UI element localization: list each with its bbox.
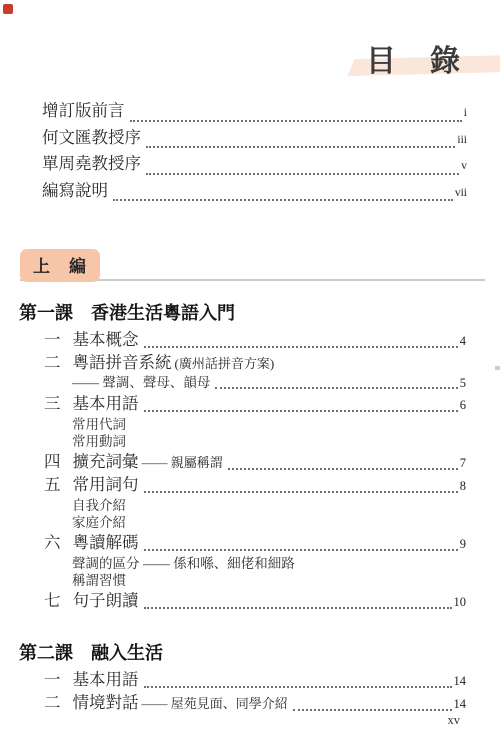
toc-entry-sublabel: —— 親屬稱謂	[142, 452, 223, 473]
book-toc-page: 目 錄 增訂版前言i何文匯教授序iii單周堯教授序v編寫說明vii 上 編 第一…	[0, 0, 500, 735]
dot-leader	[113, 199, 453, 201]
toc-entry-label: 編寫說明	[42, 179, 108, 203]
toc-subentry-label: 自我介紹	[72, 497, 126, 515]
toc-entry-label: 基本用語	[73, 669, 139, 690]
toc-entry-page: 14	[454, 671, 467, 692]
toc-entry: 二粵語拼音系統(廣州話拼音方案)	[0, 352, 500, 374]
toc-entry: 四擴充詞彙—— 親屬稱謂7	[0, 451, 500, 474]
toc-entry-sublabel: (廣州話拼音方案)	[175, 353, 275, 374]
toc-entry-sublabel: —— 屋苑見面、同學介紹	[142, 693, 288, 714]
toc-subentry-label: 常用代詞	[72, 416, 126, 434]
dot-leader	[144, 607, 452, 609]
toc-subentry-label: 家庭介紹	[72, 514, 126, 532]
toc-entry: 單周堯教授序v	[42, 152, 467, 179]
toc-entry-page: 5	[460, 375, 466, 393]
toc-entry-label: 擴充詞彙	[73, 451, 139, 472]
toc-entry-label: 單周堯教授序	[42, 152, 141, 176]
toc-entry: 七句子朗讀10	[0, 590, 500, 613]
toc-entry-label: 情境對話	[73, 692, 139, 713]
toc-entry: 五常用詞句8	[0, 474, 500, 497]
part-badge: 上 編	[20, 249, 100, 282]
dot-leader	[144, 410, 458, 412]
toc-entry-number: 五	[44, 474, 61, 495]
toc-subentry: 家庭介紹	[0, 514, 500, 532]
dot-leader	[146, 146, 455, 148]
lesson-title: 第一課 香港生活粵語入門	[0, 301, 500, 325]
toc-entry-label: 基本用語	[73, 393, 139, 414]
toc-entry-number: 六	[44, 532, 61, 553]
toc-entry-page: 10	[454, 592, 467, 613]
toc-subentry: 自我介紹	[0, 497, 500, 515]
toc-entry-number: 三	[44, 393, 61, 414]
dot-leader	[144, 491, 458, 493]
toc-entry-page: 4	[460, 331, 466, 352]
dot-leader	[146, 173, 459, 175]
toc-entry-page: 7	[460, 453, 466, 474]
toc-subentry: —— 聲調、聲母、韻母5	[0, 374, 500, 393]
toc-entry-page: i	[464, 102, 467, 126]
page-title: 目 錄	[366, 36, 462, 80]
toc-entry-label: 基本概念	[73, 329, 139, 350]
scan-artifact-dash	[495, 366, 500, 370]
toc-entry-number: 一	[44, 329, 61, 350]
toc-entry: 增訂版前言i	[42, 99, 467, 126]
toc-entry-number: 四	[44, 451, 61, 472]
dot-leader	[144, 346, 458, 348]
dot-leader	[144, 686, 452, 688]
toc-entry-number: 七	[44, 590, 61, 611]
lesson-title: 第二課 融入生活	[0, 641, 500, 665]
toc-entry-page: iii	[457, 129, 467, 153]
toc-entry-page: vii	[455, 182, 467, 206]
dot-leader	[144, 549, 458, 551]
toc-entry-label: 粵語拼音系統	[73, 352, 172, 373]
toc-subentry-label: —— 聲調、聲母、韻母	[72, 374, 210, 392]
toc-entry-page: 6	[460, 395, 466, 416]
lesson-block: 第一課 香港生活粵語入門一基本概念4二粵語拼音系統(廣州話拼音方案)—— 聲調、…	[0, 301, 500, 613]
toc-entry-number: 一	[44, 669, 61, 690]
dot-leader	[293, 709, 452, 711]
toc-entry: 六粵讀解碼9	[0, 532, 500, 555]
toc-entry-page: 14	[454, 694, 467, 715]
lesson-block: 第二課 融入生活一基本用語14二情境對話—— 屋苑見面、同學介紹14	[0, 641, 500, 715]
toc-subentry-label: 常用動詞	[72, 433, 126, 451]
toc-entry-page: 8	[460, 476, 466, 497]
dot-leader	[228, 468, 458, 470]
toc-entry-number: 二	[44, 352, 61, 373]
toc-subentry: 常用動詞	[0, 433, 500, 451]
toc-entry: 編寫說明vii	[42, 179, 467, 206]
toc-subentry-label: 聲調的區分 —— 係和喺、細佬和細路	[72, 555, 295, 573]
toc-entry: 一基本概念4	[0, 329, 500, 352]
toc-entry: 三基本用語6	[0, 393, 500, 416]
lessons: 第一課 香港生活粵語入門一基本概念4二粵語拼音系統(廣州話拼音方案)—— 聲調、…	[0, 301, 500, 715]
toc-subentry: 常用代詞	[0, 416, 500, 434]
dot-leader	[215, 387, 457, 389]
toc-entry-label: 常用詞句	[73, 474, 139, 495]
front-matter-list: 增訂版前言i何文匯教授序iii單周堯教授序v編寫說明vii	[42, 99, 467, 205]
toc-entry: 一基本用語14	[0, 669, 500, 692]
toc-subentry-label: 稱謂習慣	[72, 572, 126, 590]
toc-entry-label: 何文匯教授序	[42, 126, 141, 150]
toc-entry-number: 二	[44, 692, 61, 713]
toc-entry-label: 增訂版前言	[42, 99, 125, 123]
red-corner-mark	[3, 4, 13, 14]
toc-entry-label: 粵讀解碼	[73, 532, 139, 553]
toc-entry: 何文匯教授序iii	[42, 126, 467, 153]
toc-entry-page: 9	[460, 534, 466, 555]
toc-entry: 二情境對話—— 屋苑見面、同學介紹14	[0, 692, 500, 715]
toc-entry-label: 句子朗讀	[73, 590, 139, 611]
toc-subentry: 稱謂習慣	[0, 572, 500, 590]
page-number: xv	[448, 713, 461, 728]
toc-subentry: 聲調的區分 —— 係和喺、細佬和細路	[0, 555, 500, 573]
dot-leader	[130, 120, 462, 122]
toc-entry-page: v	[461, 155, 467, 179]
